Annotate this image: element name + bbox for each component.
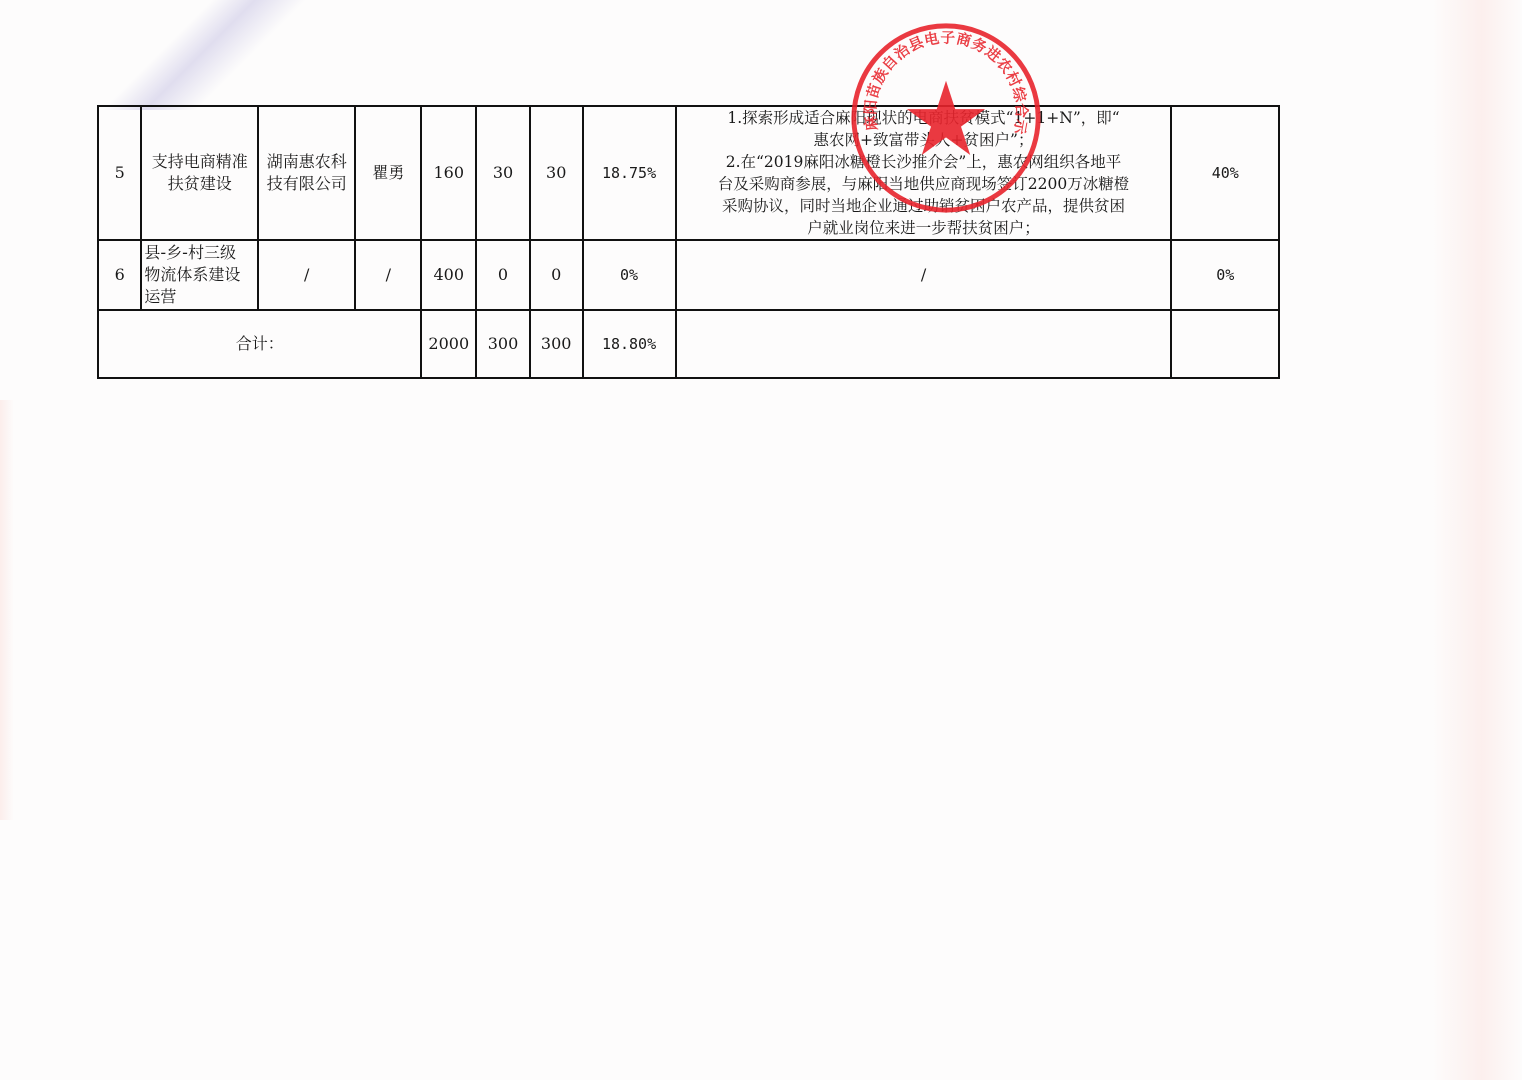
responsible-person: / bbox=[355, 240, 421, 310]
company-name: 湖南惠农科 技有限公司 bbox=[258, 106, 355, 240]
table-row: 6 县-乡-村三级 物流体系建设 运营 / / 400 0 0 0% / 0% bbox=[98, 240, 1279, 310]
percent: 18.75% bbox=[583, 106, 676, 240]
completion-rate: 0% bbox=[1171, 240, 1279, 310]
amount-1: 400 bbox=[421, 240, 476, 310]
total-percent: 18.80% bbox=[583, 310, 676, 378]
amount-3: 0 bbox=[530, 240, 583, 310]
project-name: 支持电商精准 扶贫建设 bbox=[141, 106, 258, 240]
completion-rate: 40% bbox=[1171, 106, 1279, 240]
amount-2: 30 bbox=[476, 106, 530, 240]
amount-3: 30 bbox=[530, 106, 583, 240]
total-description bbox=[676, 310, 1172, 378]
total-label: 合计： bbox=[98, 310, 421, 378]
total-rate bbox=[1171, 310, 1279, 378]
page-edge-bleed bbox=[1432, 0, 1522, 1080]
page-fold-shadow bbox=[100, 0, 360, 110]
amount-2: 0 bbox=[476, 240, 530, 310]
total-amount-1: 2000 bbox=[421, 310, 476, 378]
project-progress-table: 5 支持电商精准 扶贫建设 湖南惠农科 技有限公司 瞿勇 160 30 30 1… bbox=[97, 105, 1280, 379]
total-amount-3: 300 bbox=[530, 310, 583, 378]
page-edge-bleed-left bbox=[0, 400, 14, 820]
responsible-person: 瞿勇 bbox=[355, 106, 421, 240]
amount-1: 160 bbox=[421, 106, 476, 240]
table-row: 5 支持电商精准 扶贫建设 湖南惠农科 技有限公司 瞿勇 160 30 30 1… bbox=[98, 106, 1279, 240]
description: / bbox=[676, 240, 1172, 310]
company-name: / bbox=[258, 240, 355, 310]
total-row: 合计： 2000 300 300 18.80% bbox=[98, 310, 1279, 378]
total-amount-2: 300 bbox=[476, 310, 530, 378]
description: 1.探索形成适合麻阳现状的电商扶贫模式“1+1+N”，即“ 惠农网+致富带头人+… bbox=[676, 106, 1172, 240]
project-name: 县-乡-村三级 物流体系建设 运营 bbox=[141, 240, 258, 310]
row-number: 5 bbox=[98, 106, 141, 240]
percent: 0% bbox=[583, 240, 676, 310]
row-number: 6 bbox=[98, 240, 141, 310]
